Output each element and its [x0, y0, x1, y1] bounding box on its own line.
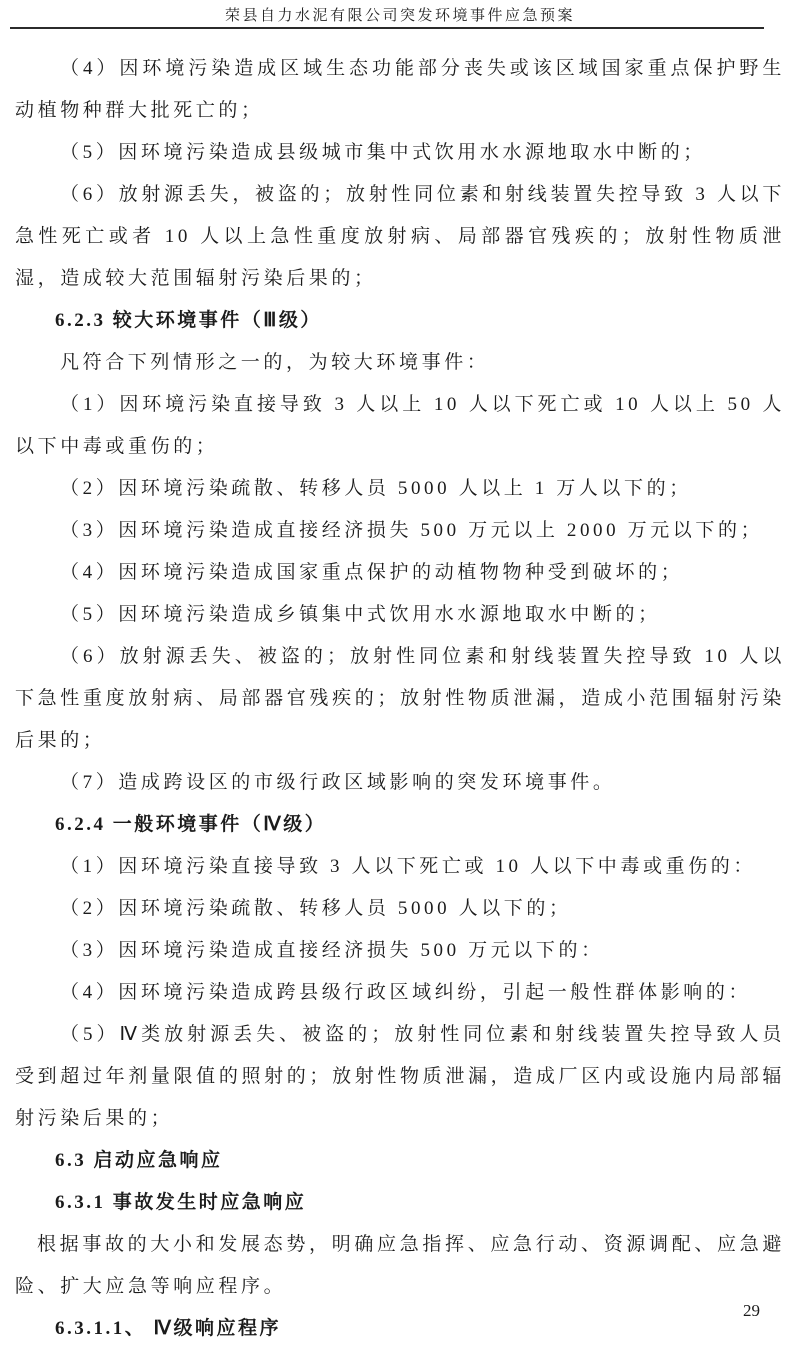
item-7-level-3: （7）造成跨设区的市级行政区域影响的突发环境事件。 [15, 762, 785, 804]
paragraph-response-procedures: 根据事故的大小和发展态势，明确应急指挥、应急行动、资源调配、应急避险、扩大应急等… [15, 1224, 785, 1308]
section-heading-6-2-4: 6.2.4 一般环境事件（Ⅳ级） [15, 804, 785, 846]
item-2-level-3: （2）因环境污染疏散、转移人员 5000 人以上 1 万人以下的； [15, 468, 785, 510]
header-rule [10, 27, 764, 29]
item-3-level-3: （3）因环境污染造成直接经济损失 500 万元以上 2000 万元以下的； [15, 510, 785, 552]
intro-level-3-events: 凡符合下列情形之一的，为较大环境事件： [15, 342, 785, 384]
item-6-major-event: （6）放射源丢失，被盗的；放射性同位素和射线装置失控导致 3 人以下急性死亡或者… [15, 174, 785, 300]
section-heading-6-3-1: 6.3.1 事故发生时应急响应 [15, 1182, 785, 1224]
section-heading-6-3: 6.3 启动应急响应 [15, 1140, 785, 1182]
document-body: （4）因环境污染造成区域生态功能部分丧失或该区域国家重点保护野生动植物种群大批死… [15, 48, 785, 1350]
header-title: 荣县自力水泥有限公司突发环境事件应急预案 [0, 4, 800, 25]
item-4-level-4: （4）因环境污染造成跨县级行政区域纠纷，引起一般性群体影响的： [15, 972, 785, 1014]
item-1-level-4: （1）因环境污染直接导致 3 人以下死亡或 10 人以下中毒或重伤的： [15, 846, 785, 888]
item-5-major-event: （5）因环境污染造成县级城市集中式饮用水水源地取水中断的； [15, 132, 785, 174]
item-4-level-3: （4）因环境污染造成国家重点保护的动植物物种受到破坏的； [15, 552, 785, 594]
section-heading-6-3-1-1: 6.3.1.1、 Ⅳ级响应程序 [15, 1308, 785, 1350]
item-5-level-3: （5）因环境污染造成乡镇集中式饮用水水源地取水中断的； [15, 594, 785, 636]
document-page: 荣县自力水泥有限公司突发环境事件应急预案 （4）因环境污染造成区域生态功能部分丧… [0, 0, 800, 1351]
item-6-level-3: （6）放射源丢失、被盗的；放射性同位素和射线装置失控导致 10 人以下急性重度放… [15, 636, 785, 762]
item-5-level-4: （5）Ⅳ类放射源丢失、被盗的；放射性同位素和射线装置失控导致人员受到超过年剂量限… [15, 1014, 785, 1140]
item-4-major-event: （4）因环境污染造成区域生态功能部分丧失或该区域国家重点保护野生动植物种群大批死… [15, 48, 785, 132]
section-heading-6-2-3: 6.2.3 较大环境事件（Ⅲ级） [15, 300, 785, 342]
page-number: 29 [743, 1301, 760, 1321]
item-1-level-3: （1）因环境污染直接导致 3 人以上 10 人以下死亡或 10 人以上 50 人… [15, 384, 785, 468]
item-2-level-4: （2）因环境污染疏散、转移人员 5000 人以下的； [15, 888, 785, 930]
item-3-level-4: （3）因环境污染造成直接经济损失 500 万元以下的： [15, 930, 785, 972]
